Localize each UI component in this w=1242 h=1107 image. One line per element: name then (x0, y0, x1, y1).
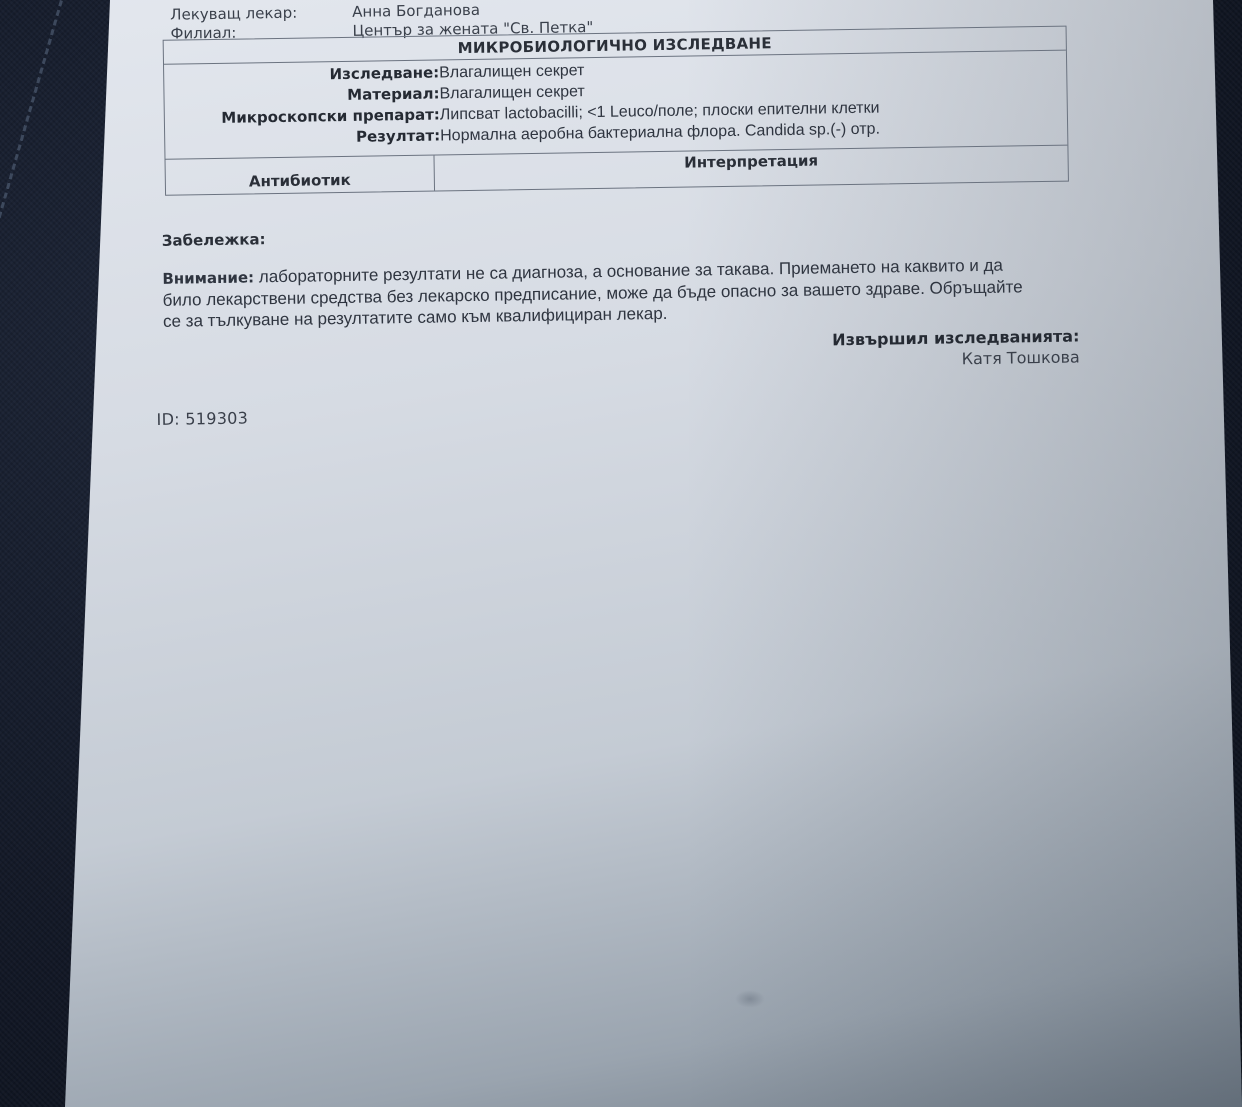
note-label: Забележка: (162, 230, 266, 250)
warning-paragraph: Внимание: лабораторните резултати не са … (162, 254, 1023, 332)
document-id: ID: 519303 (156, 409, 248, 429)
column-header-antibiotic: Антибиотик (166, 156, 436, 195)
row-key: Резултат: (165, 125, 440, 150)
microbiology-table: МИКРОБИОЛОГИЧНО ИЗСЛЕДВАНЕ Изследване: В… (163, 26, 1069, 196)
warning-text: лабораторните резултати не са диагноза, … (163, 256, 1023, 331)
table-body: Изследване: Влагалищен секрет Материал: … (164, 51, 1067, 160)
warning-label: Внимание: (162, 268, 254, 287)
doctor-value: Анна Богданова (352, 1, 480, 22)
performer-block: Извършил изследванията: Катя Тошкова (832, 325, 1080, 371)
performer-name: Катя Тошкова (832, 346, 1080, 371)
row-value: Влагалищен секрет (439, 81, 585, 104)
ink-smudge (735, 990, 765, 1008)
row-value: Влагалищен секрет (439, 60, 585, 83)
